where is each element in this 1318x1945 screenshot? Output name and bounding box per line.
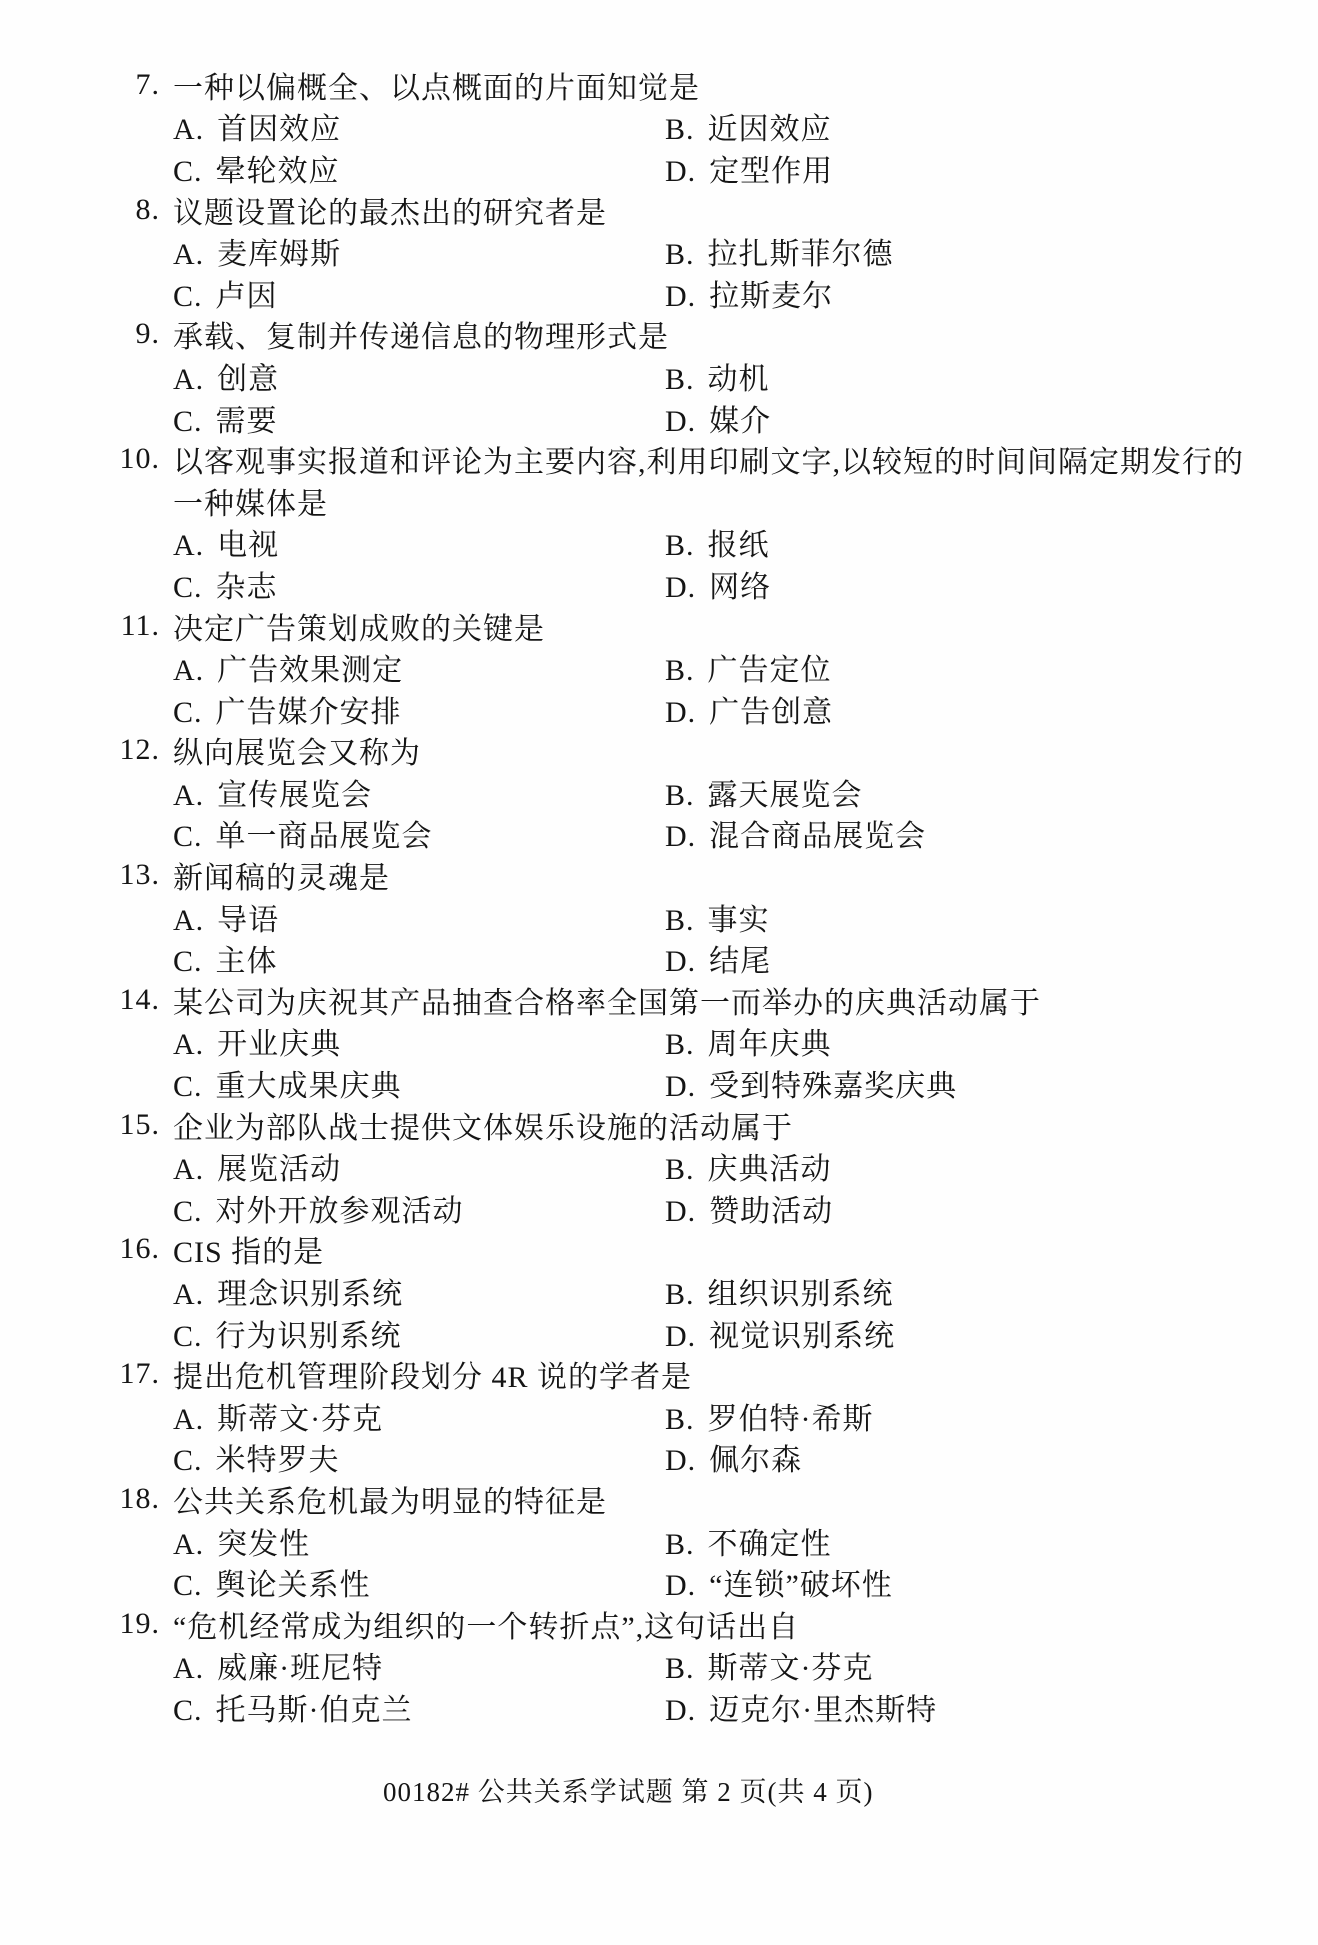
option-row: A. 广告效果测定 B. 广告定位 [0, 646, 1318, 688]
question-text: 一种以偏概全、以点概面的片面知觉是 [173, 63, 700, 107]
option-letter: A. [173, 238, 204, 272]
option-letter: D. [665, 696, 696, 730]
option-letter: B. [665, 1403, 695, 1437]
question-14: 14. 某公司为庆祝其产品抽查合格率全国第一而举办的庆典活动属于 A. 开业庆典… [0, 979, 1318, 1104]
question-stem: 8. 议题设置论的最杰出的研究者是 [0, 189, 1318, 231]
question-number: 9. [0, 317, 160, 351]
question-text: 新闻稿的灵魂是 [173, 853, 390, 897]
option-text: 不确定性 [708, 1519, 832, 1563]
option-text: 混合商品展览会 [709, 811, 926, 855]
option-d: D. 结尾 [665, 936, 771, 980]
option-c: C. 行为识别系统 [173, 1311, 665, 1355]
question-number: 15. [0, 1108, 160, 1142]
option-text: 近因效应 [708, 104, 832, 148]
question-text: 提出危机管理阶段划分 4R 说的学者是 [173, 1352, 692, 1396]
option-text: 拉扎斯菲尔德 [708, 229, 894, 273]
option-letter: A. [173, 904, 204, 938]
option-b: B. 近因效应 [665, 104, 832, 148]
option-row: A. 麦库姆斯 B. 拉扎斯菲尔德 [0, 230, 1318, 272]
option-text: 赞助活动 [709, 1186, 833, 1230]
option-text: 罗伯特·希斯 [708, 1394, 874, 1438]
question-11: 11. 决定广告策划成败的关键是 A. 广告效果测定 B. 广告定位 C. 广告… [0, 605, 1318, 730]
option-text: 斯蒂文·芬克 [217, 1394, 383, 1438]
option-letter: D. [665, 155, 696, 189]
option-d: D. 定型作用 [665, 146, 833, 190]
option-text: 首因效应 [217, 104, 341, 148]
option-b: B. 拉扎斯菲尔德 [665, 229, 894, 273]
option-letter: C. [173, 1195, 203, 1229]
option-letter: B. [665, 113, 695, 147]
option-row: A. 突发性 B. 不确定性 [0, 1520, 1318, 1562]
question-text: 决定广告策划成败的关键是 [173, 604, 545, 648]
option-row: A. 创意 B. 动机 [0, 355, 1318, 397]
option-a: A. 麦库姆斯 [173, 229, 665, 273]
option-a: A. 斯蒂文·芬克 [173, 1394, 665, 1438]
option-letter: D. [665, 280, 696, 314]
question-13: 13. 新闻稿的灵魂是 A. 导语 B. 事实 C. 主体 D [0, 854, 1318, 979]
option-text: 行为识别系统 [216, 1311, 402, 1355]
option-letter: B. [665, 1278, 695, 1312]
question-number: 10. [0, 442, 160, 476]
option-letter: A. [173, 654, 204, 688]
option-text: 周年庆典 [708, 1019, 832, 1063]
option-text: 主体 [216, 936, 278, 980]
option-row: C. 广告媒介安排 D. 广告创意 [0, 688, 1318, 730]
option-text: 组织识别系统 [708, 1269, 894, 1313]
option-c: C. 广告媒介安排 [173, 687, 665, 731]
option-letter: A. [173, 1403, 204, 1437]
option-letter: A. [173, 1528, 204, 1562]
option-text: 广告效果测定 [217, 645, 403, 689]
option-letter: C. [173, 696, 203, 730]
option-letter: D. [665, 1320, 696, 1354]
question-text: 承载、复制并传递信息的物理形式是 [173, 312, 669, 356]
option-a: A. 创意 [173, 354, 665, 398]
option-row: A. 电视 B. 报纸 [0, 522, 1318, 564]
option-letter: C. [173, 405, 203, 439]
option-text: 创意 [217, 354, 279, 398]
question-17: 17. 提出危机管理阶段划分 4R 说的学者是 A. 斯蒂文·芬克 B. 罗伯特… [0, 1353, 1318, 1478]
option-b: B. 事实 [665, 895, 770, 939]
question-text: 以客观事实报道和评论为主要内容,利用印刷文字,以较短的时间间隔定期发行的 [173, 437, 1244, 481]
option-c: C. 重大成果庆典 [173, 1061, 665, 1105]
option-letter: A. [173, 1028, 204, 1062]
option-letter: D. [665, 945, 696, 979]
option-text: 拉斯麦尔 [709, 271, 833, 315]
option-b: B. 周年庆典 [665, 1019, 832, 1063]
option-c: C. 卢因 [173, 271, 665, 315]
question-stem: 12. 纵向展览会又称为 [0, 730, 1318, 772]
option-letter: A. [173, 529, 204, 563]
option-a: A. 突发性 [173, 1519, 665, 1563]
option-text: 广告定位 [708, 645, 832, 689]
question-stem: 15. 企业为部队战士提供文体娱乐设施的活动属于 [0, 1104, 1318, 1146]
question-list: 7. 一种以偏概全、以点概面的片面知觉是 A. 首因效应 B. 近因效应 C. … [0, 64, 1318, 1728]
question-text: 某公司为庆祝其产品抽查合格率全国第一而举办的庆典活动属于 [173, 978, 1041, 1022]
option-text: 晕轮效应 [216, 146, 340, 190]
question-stem: 9. 承载、复制并传递信息的物理形式是 [0, 314, 1318, 356]
question-number: 16. [0, 1232, 160, 1266]
option-a: A. 导语 [173, 895, 665, 939]
option-letter: C. [173, 1320, 203, 1354]
question-15: 15. 企业为部队战士提供文体娱乐设施的活动属于 A. 展览活动 B. 庆典活动… [0, 1104, 1318, 1229]
option-text: 结尾 [709, 936, 771, 980]
option-b: B. 罗伯特·希斯 [665, 1394, 874, 1438]
option-d: D. 赞助活动 [665, 1186, 833, 1230]
option-letter: B. [665, 1652, 695, 1686]
question-stem: 10. 以客观事实报道和评论为主要内容,利用印刷文字,以较短的时间间隔定期发行的 [0, 438, 1318, 480]
option-letter: D. [665, 1569, 696, 1603]
option-letter: B. [665, 1153, 695, 1187]
option-letter: D. [665, 571, 696, 605]
page-footer: 00182# 公共关系学试题 第 2 页(共 4 页) [383, 1770, 873, 1809]
option-row: C. 晕轮效应 D. 定型作用 [0, 147, 1318, 189]
option-b: B. 组织识别系统 [665, 1269, 894, 1313]
option-letter: B. [665, 654, 695, 688]
option-c: C. 托马斯·伯克兰 [173, 1685, 665, 1729]
option-text: 理念识别系统 [217, 1269, 403, 1313]
option-a: A. 开业庆典 [173, 1019, 665, 1063]
question-stem: 19. “危机经常成为组织的一个转折点”,这句话出自 [0, 1603, 1318, 1645]
option-row: A. 理念识别系统 B. 组织识别系统 [0, 1270, 1318, 1312]
option-a: A. 首因效应 [173, 104, 665, 148]
option-text: 报纸 [708, 520, 770, 564]
question-text-continuation: 一种媒体是 [173, 479, 328, 523]
question-12: 12. 纵向展览会又称为 A. 宣传展览会 B. 露天展览会 C. 单一商品展览… [0, 730, 1318, 855]
question-number: 14. [0, 983, 160, 1017]
option-letter: D. [665, 405, 696, 439]
option-text: 单一商品展览会 [216, 811, 433, 855]
option-letter: C. [173, 1444, 203, 1478]
option-text: 动机 [708, 354, 770, 398]
option-letter: B. [665, 1028, 695, 1062]
option-letter: A. [173, 363, 204, 397]
option-a: A. 电视 [173, 520, 665, 564]
question-stem: 7. 一种以偏概全、以点概面的片面知觉是 [0, 64, 1318, 106]
option-b: B. 斯蒂文·芬克 [665, 1643, 874, 1687]
exam-page: 7. 一种以偏概全、以点概面的片面知觉是 A. 首因效应 B. 近因效应 C. … [0, 0, 1318, 1945]
option-text: “连锁”破坏性 [709, 1560, 893, 1604]
option-row: C. 需要 D. 媒介 [0, 397, 1318, 439]
option-text: 斯蒂文·芬克 [708, 1643, 874, 1687]
question-number: 8. [0, 193, 160, 227]
option-letter: C. [173, 1070, 203, 1104]
option-row: A. 首因效应 B. 近因效应 [0, 106, 1318, 148]
option-d: D. 拉斯麦尔 [665, 271, 833, 315]
option-text: 卢因 [216, 271, 278, 315]
option-row: C. 单一商品展览会 D. 混合商品展览会 [0, 813, 1318, 855]
option-text: 迈克尔·里杰斯特 [709, 1685, 937, 1729]
question-number: 19. [0, 1607, 160, 1641]
option-d: D. “连锁”破坏性 [665, 1560, 893, 1604]
option-c: C. 米特罗夫 [173, 1435, 665, 1479]
option-row: C. 主体 D. 结尾 [0, 937, 1318, 979]
option-text: 广告创意 [709, 687, 833, 731]
option-letter: A. [173, 113, 204, 147]
option-row: C. 对外开放参观活动 D. 赞助活动 [0, 1187, 1318, 1229]
option-text: 舆论关系性 [216, 1560, 371, 1604]
option-letter: A. [173, 1278, 204, 1312]
question-18: 18. 公共关系危机最为明显的特征是 A. 突发性 B. 不确定性 C. 舆论关… [0, 1478, 1318, 1603]
question-8: 8. 议题设置论的最杰出的研究者是 A. 麦库姆斯 B. 拉扎斯菲尔德 C. 卢… [0, 189, 1318, 314]
option-text: 庆典活动 [708, 1144, 832, 1188]
option-letter: D. [665, 1195, 696, 1229]
question-stem-continuation: 一种媒体是 [0, 480, 1318, 522]
option-letter: B. [665, 1528, 695, 1562]
question-number: 13. [0, 858, 160, 892]
option-text: 开业庆典 [217, 1019, 341, 1063]
option-letter: B. [665, 779, 695, 813]
option-c: C. 主体 [173, 936, 665, 980]
option-c: C. 舆论关系性 [173, 1560, 665, 1604]
option-c: C. 需要 [173, 396, 665, 440]
question-number: 7. [0, 68, 160, 102]
option-row: A. 展览活动 B. 庆典活动 [0, 1145, 1318, 1187]
question-7: 7. 一种以偏概全、以点概面的片面知觉是 A. 首因效应 B. 近因效应 C. … [0, 64, 1318, 189]
option-text: 导语 [217, 895, 279, 939]
option-d: D. 广告创意 [665, 687, 833, 731]
option-row: C. 杂志 D. 网络 [0, 563, 1318, 605]
option-d: D. 媒介 [665, 396, 771, 440]
question-text: 公共关系危机最为明显的特征是 [173, 1477, 607, 1521]
option-c: C. 单一商品展览会 [173, 811, 665, 855]
option-c: C. 晕轮效应 [173, 146, 665, 190]
question-stem: 11. 决定广告策划成败的关键是 [0, 605, 1318, 647]
option-text: 突发性 [217, 1519, 310, 1563]
option-letter: C. [173, 571, 203, 605]
option-row: A. 斯蒂文·芬克 B. 罗伯特·希斯 [0, 1395, 1318, 1437]
question-19: 19. “危机经常成为组织的一个转折点”,这句话出自 A. 威廉·班尼特 B. … [0, 1603, 1318, 1728]
option-row: C. 米特罗夫 D. 佩尔森 [0, 1437, 1318, 1479]
option-a: A. 威廉·班尼特 [173, 1643, 665, 1687]
option-letter: B. [665, 529, 695, 563]
option-b: B. 动机 [665, 354, 770, 398]
option-text: 米特罗夫 [216, 1435, 340, 1479]
option-text: 网络 [709, 562, 771, 606]
option-c: C. 杂志 [173, 562, 665, 606]
option-b: B. 不确定性 [665, 1519, 832, 1563]
option-d: D. 受到特殊嘉奖庆典 [665, 1061, 957, 1105]
option-letter: D. [665, 1694, 696, 1728]
option-letter: B. [665, 238, 695, 272]
question-stem: 14. 某公司为庆祝其产品抽查合格率全国第一而举办的庆典活动属于 [0, 979, 1318, 1021]
question-number: 17. [0, 1357, 160, 1391]
question-stem: 18. 公共关系危机最为明显的特征是 [0, 1478, 1318, 1520]
option-letter: C. [173, 280, 203, 314]
question-9: 9. 承载、复制并传递信息的物理形式是 A. 创意 B. 动机 C. 需要 [0, 314, 1318, 439]
option-d: D. 视觉识别系统 [665, 1311, 895, 1355]
option-row: C. 舆论关系性 D. “连锁”破坏性 [0, 1561, 1318, 1603]
option-a: A. 展览活动 [173, 1144, 665, 1188]
option-text: 麦库姆斯 [217, 229, 341, 273]
option-letter: B. [665, 363, 695, 397]
option-row: C. 行为识别系统 D. 视觉识别系统 [0, 1312, 1318, 1354]
option-letter: D. [665, 1070, 696, 1104]
option-row: A. 宣传展览会 B. 露天展览会 [0, 771, 1318, 813]
option-letter: C. [173, 820, 203, 854]
option-a: A. 宣传展览会 [173, 770, 665, 814]
option-letter: B. [665, 904, 695, 938]
option-a: A. 广告效果测定 [173, 645, 665, 689]
question-number: 18. [0, 1482, 160, 1516]
option-row: C. 重大成果庆典 D. 受到特殊嘉奖庆典 [0, 1062, 1318, 1104]
option-b: B. 露天展览会 [665, 770, 863, 814]
option-letter: A. [173, 1652, 204, 1686]
question-10: 10. 以客观事实报道和评论为主要内容,利用印刷文字,以较短的时间间隔定期发行的… [0, 438, 1318, 604]
option-text: 威廉·班尼特 [217, 1643, 383, 1687]
option-row: C. 托马斯·伯克兰 D. 迈克尔·里杰斯特 [0, 1686, 1318, 1728]
option-text: 杂志 [216, 562, 278, 606]
option-row: A. 导语 B. 事实 [0, 896, 1318, 938]
question-16: 16. CIS 指的是 A. 理念识别系统 B. 组织识别系统 C. 行为识别系… [0, 1229, 1318, 1354]
question-text: “危机经常成为组织的一个转折点”,这句话出自 [173, 1602, 799, 1646]
option-row: A. 开业庆典 B. 周年庆典 [0, 1021, 1318, 1063]
question-number: 12. [0, 733, 160, 767]
option-text: 佩尔森 [709, 1435, 802, 1479]
option-text: 电视 [217, 520, 279, 564]
option-b: B. 广告定位 [665, 645, 832, 689]
option-letter: D. [665, 1444, 696, 1478]
question-number: 11. [0, 609, 160, 643]
option-text: 定型作用 [709, 146, 833, 190]
option-text: 宣传展览会 [217, 770, 372, 814]
option-text: 需要 [216, 396, 278, 440]
option-d: D. 迈克尔·里杰斯特 [665, 1685, 937, 1729]
option-d: D. 网络 [665, 562, 771, 606]
option-text: 事实 [708, 895, 770, 939]
option-text: 视觉识别系统 [709, 1311, 895, 1355]
option-row: A. 威廉·班尼特 B. 斯蒂文·芬克 [0, 1645, 1318, 1687]
question-stem: 17. 提出危机管理阶段划分 4R 说的学者是 [0, 1353, 1318, 1395]
option-letter: C. [173, 945, 203, 979]
option-text: 媒介 [709, 396, 771, 440]
question-stem: 13. 新闻稿的灵魂是 [0, 854, 1318, 896]
option-text: 托马斯·伯克兰 [216, 1685, 413, 1729]
option-b: B. 报纸 [665, 520, 770, 564]
option-text: 受到特殊嘉奖庆典 [709, 1061, 957, 1105]
option-text: 重大成果庆典 [216, 1061, 402, 1105]
option-text: 对外开放参观活动 [216, 1186, 464, 1230]
option-letter: D. [665, 820, 696, 854]
option-text: 展览活动 [217, 1144, 341, 1188]
question-text: CIS 指的是 [173, 1227, 324, 1271]
option-text: 广告媒介安排 [216, 687, 402, 731]
option-letter: A. [173, 779, 204, 813]
option-c: C. 对外开放参观活动 [173, 1186, 665, 1230]
option-text: 露天展览会 [708, 770, 863, 814]
option-letter: C. [173, 1694, 203, 1728]
option-letter: C. [173, 155, 203, 189]
option-d: D. 混合商品展览会 [665, 811, 926, 855]
option-row: C. 卢因 D. 拉斯麦尔 [0, 272, 1318, 314]
option-d: D. 佩尔森 [665, 1435, 802, 1479]
option-letter: A. [173, 1153, 204, 1187]
question-text: 纵向展览会又称为 [173, 728, 421, 772]
question-text: 企业为部队战士提供文体娱乐设施的活动属于 [173, 1103, 793, 1147]
question-text: 议题设置论的最杰出的研究者是 [173, 188, 607, 232]
question-stem: 16. CIS 指的是 [0, 1229, 1318, 1271]
option-b: B. 庆典活动 [665, 1144, 832, 1188]
option-a: A. 理念识别系统 [173, 1269, 665, 1313]
option-letter: C. [173, 1569, 203, 1603]
